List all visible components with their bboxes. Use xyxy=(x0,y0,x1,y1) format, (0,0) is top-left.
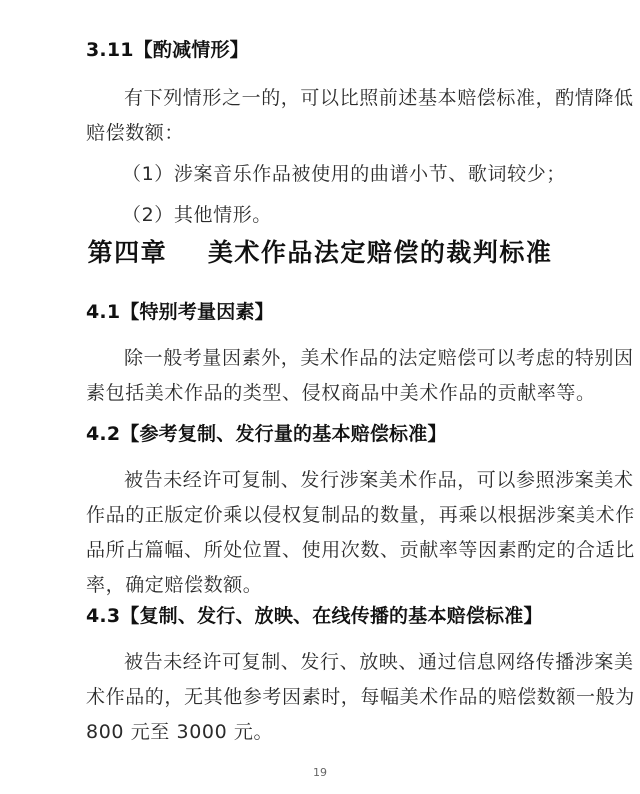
paragraph-line: 术作品的，无其他参考因素时，每幅美术作品的赔偿数额一般为 xyxy=(86,685,635,709)
paragraph-line: 赔偿数额： xyxy=(86,121,184,145)
list-item-1: （1）涉案音乐作品被使用的曲谱小节、歌词较少； xyxy=(122,162,566,186)
section-heading-4-2: 4.2【参考复制、发行量的基本赔偿标准】 xyxy=(86,422,447,446)
section-heading-4-3: 4.3【复制、发行、放映、在线传播的基本赔偿标准】 xyxy=(86,604,543,628)
paragraph-line: 品所占篇幅、所处位置、使用次数、贡献率等因素酌定的合适比 xyxy=(86,538,635,562)
section-heading-4-1: 4.1【特别考量因素】 xyxy=(86,300,274,324)
paragraph-line: 素包括美术作品的类型、侵权商品中美术作品的贡献率等。 xyxy=(86,381,596,405)
paragraph-line: 有下列情形之一的，可以比照前述基本赔偿标准，酌情降低 xyxy=(124,86,634,110)
section-heading-3-11: 3.11【酌减情形】 xyxy=(86,38,249,62)
paragraph-line: 800 元至 3000 元。 xyxy=(86,720,273,744)
list-item-2: （2）其他情形。 xyxy=(122,203,272,227)
paragraph-line: 被告未经许可复制、发行、放映、通过信息网络传播涉案美 xyxy=(124,650,634,674)
paragraph-line: 率，确定赔偿数额。 xyxy=(86,573,262,597)
chapter-title: 第四章 美术作品法定赔偿的裁判标准 xyxy=(0,237,640,269)
paragraph-line: 被告未经许可复制、发行涉案美术作品，可以参照涉案美术 xyxy=(124,468,634,492)
document-page: 3.11【酌减情形】 有下列情形之一的，可以比照前述基本赔偿标准，酌情降低 赔偿… xyxy=(0,0,640,794)
page-number: 19 xyxy=(0,766,640,779)
paragraph-line: 除一般考量因素外，美术作品的法定赔偿可以考虑的特别因 xyxy=(124,346,634,370)
paragraph-line: 作品的正版定价乘以侵权复制品的数量，再乘以根据涉案美术作 xyxy=(86,503,635,527)
